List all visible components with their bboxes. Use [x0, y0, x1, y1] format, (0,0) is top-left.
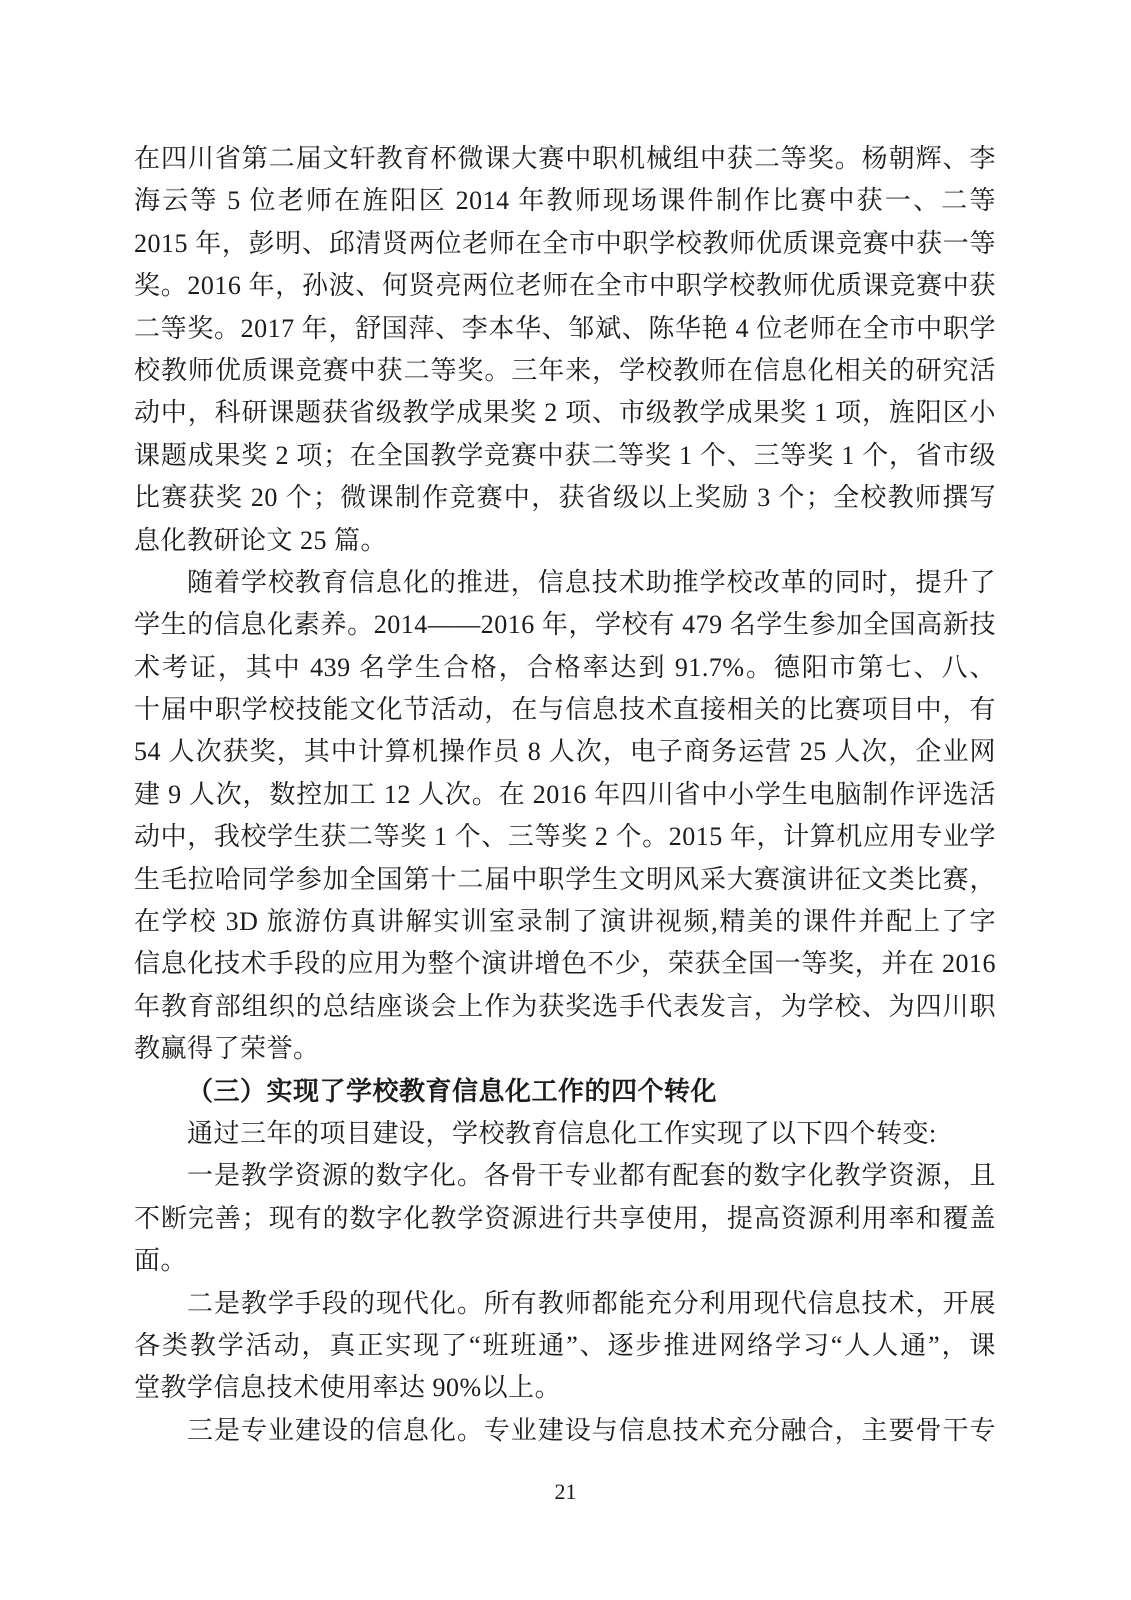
text-line: 奖。2016 年，孙波、何贤亮两位老师在全市中职学校教师优质课竞赛中获	[134, 265, 996, 307]
text-line: 年教育部组织的总结座谈会上作为获奖选手代表发言，为学校、为四川职	[134, 986, 996, 1028]
text-line: 在学校 3D 旅游仿真讲解实训室录制了演讲视频,精美的课件并配上了字幕，	[134, 901, 996, 943]
text-line: 在四川省第二届文轩教育杯微课大赛中职机械组中获二等奖。杨朝辉、李	[134, 138, 996, 180]
text-line: 比赛获奖 20 个；微课制作竞赛中，获省级以上奖励 3 个；全校教师撰写信	[134, 477, 996, 519]
text-line: 动中，科研课题获省级教学成果奖 2 项、市级教学成果奖 1 项，旌阳区小	[134, 392, 996, 434]
text-line: 二等奖。2017 年，舒国萍、李本华、邹斌、陈华艳 4 位老师在全市中职学	[134, 308, 996, 350]
text-line: 十届中职学校技能文化节活动，在与信息技术直接相关的比赛项目中，有	[134, 689, 996, 731]
text-line: 通过三年的项目建设，学校教育信息化工作实现了以下四个转变:	[134, 1113, 996, 1155]
text-line: 一是教学资源的数字化。各骨干专业都有配套的数字化教学资源，且	[134, 1155, 996, 1197]
text-line: 三是专业建设的信息化。专业建设与信息技术充分融合，主要骨干专	[134, 1410, 996, 1452]
document-body: 在四川省第二届文轩教育杯微课大赛中职机械组中获二等奖。杨朝辉、李海云等 5 位老…	[134, 138, 996, 1452]
text-line: 学生的信息化素养。2014——2016 年，学校有 479 名学生参加全国高新技	[134, 604, 996, 646]
text-line: 各类教学活动，真正实现了“班班通”、逐步推进网络学习“人人通”，课	[134, 1325, 996, 1367]
text-line: 术考证，其中 439 名学生合格，合格率达到 91.7%。德阳市第七、八、九、	[134, 647, 996, 689]
text-line: 堂教学信息技术使用率达 90%以上。	[134, 1367, 996, 1409]
text-line: 随着学校教育信息化的推进，信息技术助推学校改革的同时，提升了	[134, 562, 996, 604]
text-line: 二是教学手段的现代化。所有教师都能充分利用现代信息技术，开展	[134, 1283, 996, 1325]
document-page: 在四川省第二届文轩教育杯微课大赛中职机械组中获二等奖。杨朝辉、李海云等 5 位老…	[0, 0, 1131, 1600]
text-line: 54 人次获奖，其中计算机操作员 8 人次，电子商务运营 25 人次，企业网搭	[134, 731, 996, 773]
text-line: 息化教研论文 25 篇。	[134, 520, 996, 562]
text-line: 课题成果奖 2 项；在全国教学竞赛中获二等奖 1 个、三等奖 1 个，省市级	[134, 435, 996, 477]
text-line: 生毛拉哈同学参加全国第十二届中职学生文明风采大赛演讲征文类比赛，	[134, 859, 996, 901]
text-line: 校教师优质课竞赛中获二等奖。三年来，学校教师在信息化相关的研究活	[134, 350, 996, 392]
page-number: 21	[0, 1478, 1131, 1506]
text-line: 面。	[134, 1240, 996, 1282]
section-heading: （三）实现了学校教育信息化工作的四个转化	[134, 1071, 996, 1113]
text-line: 建 9 人次，数控加工 12 人次。在 2016 年四川省中小学生电脑制作评选活	[134, 774, 996, 816]
text-line: 教赢得了荣誉。	[134, 1028, 996, 1070]
text-line: 不断完善；现有的数字化教学资源进行共享使用，提高资源利用率和覆盖	[134, 1198, 996, 1240]
text-line: 动中，我校学生获二等奖 1 个、三等奖 2 个。2015 年，计算机应用专业学	[134, 816, 996, 858]
text-line: 2015 年，彭明、邱清贤两位老师在全市中职学校教师优质课竞赛中获一等	[134, 223, 996, 265]
text-line: 海云等 5 位老师在旌阳区 2014 年教师现场课件制作比赛中获一、二等奖。	[134, 180, 996, 222]
text-line: 信息化技术手段的应用为整个演讲增色不少，荣获全国一等奖，并在 2016	[134, 943, 996, 985]
